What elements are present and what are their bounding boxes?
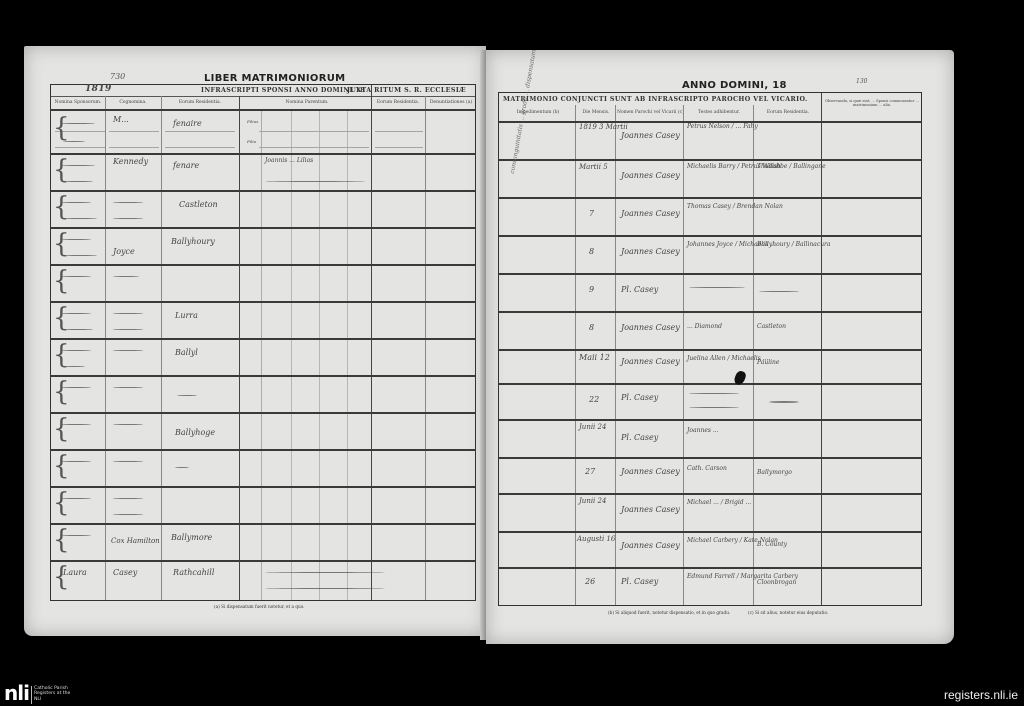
register-row: Augusti 16 Joannes Casey Michael Carbery…	[499, 531, 921, 567]
register-row: { Lurra	[51, 301, 475, 338]
page-number: 130	[856, 78, 867, 85]
register-row: Maii 12 Joannes Casey Juelina Allen / Mi…	[499, 349, 921, 383]
col-header-parents: Nomina Parentum.	[247, 100, 367, 105]
left-register-page: 730 LIBER MATRIMONIORUM 1819 INFRASCRIPT…	[24, 46, 486, 636]
logo-divider	[31, 686, 32, 704]
col-header-residence: Eorum Residentia.	[163, 100, 237, 105]
footnote-c: (c) Si sit alius, notetur eius deputatio…	[748, 610, 828, 615]
year-handwritten: 1819	[85, 84, 112, 94]
right-register-page: ANNO DOMINI, 18 130 MATRIMONIO CONJUNCTI…	[486, 50, 954, 644]
register-row: {	[51, 264, 475, 301]
col-header-banns: Denuntiationes (a)	[427, 100, 475, 105]
register-table-right: MATRIMONIO CONJUNCTI SUNT AB INFRASCRIPT…	[498, 92, 922, 606]
col-header-witnesses: Testes adhibentur.	[685, 110, 753, 115]
register-row: 22 Pl. Casey	[499, 383, 921, 419]
register-row: Junii 24 Pl. Casey Joannes ...	[499, 419, 921, 457]
col-header-names: Nomina Sponsorum.	[53, 100, 103, 105]
register-row: Junii 24 Joannes Casey Michael ... / Bri…	[499, 493, 921, 531]
register-table-left: 1819 INFRASCRIPTI SPONSI ANNO DOMINI 18 …	[50, 84, 476, 601]
page-title: LIBER MATRIMONIORUM	[204, 73, 345, 84]
col-header-parent-residence: Eorum Residentia.	[373, 100, 423, 105]
register-row: 8 Joannes Casey Johannes Joyce / Michael…	[499, 235, 921, 273]
page-number: 730	[110, 72, 125, 81]
register-row: {	[51, 486, 475, 523]
register-row: 1819 3 Martii Joannes Casey Petrus Nelso…	[499, 121, 921, 159]
col-header-priest: Nomen Parochi vel Vicarii (c)	[617, 110, 683, 115]
col-header-date: Die Mensis.	[577, 110, 615, 115]
register-row: 8 Joannes Casey ... Diamond Castleton	[499, 311, 921, 349]
register-row: { Ballyhoge	[51, 412, 475, 449]
register-row: { Laura Casey Rathcahill	[51, 560, 475, 600]
register-row: { M... fenaire Filius Filia	[51, 109, 475, 153]
col-header-witness-residence: Eorum Residentia.	[755, 110, 821, 115]
register-row: { Joyce Ballyhoury	[51, 227, 475, 264]
register-row: { Kennedy fenare Joannis ... Lilias	[51, 153, 475, 190]
col-header-surnames: Cognomina.	[107, 100, 159, 105]
site-url-link[interactable]: registers.nli.ie	[944, 688, 1018, 702]
register-row: {	[51, 449, 475, 486]
header-band-right: JUXTA RITUM S. R. ECCLESIÆ	[347, 87, 466, 94]
col-header-impediment: Impedimentum (b)	[503, 110, 573, 115]
register-row: { Castleton	[51, 190, 475, 227]
header-band: INFRASCRIPTI SPONSI ANNO DOMINI 18	[201, 87, 365, 94]
register-row: 27 Joannes Casey Cath. Carson Ballymorgo	[499, 457, 921, 493]
register-row: 9 Pl. Casey	[499, 273, 921, 311]
register-row: { Cox Hamilton Ballymore	[51, 523, 475, 560]
register-row: 7 Joannes Casey Thomas Casey / Brendan N…	[499, 197, 921, 235]
register-row: Martii 5 Joannes Casey Michaelis Barry /…	[499, 159, 921, 197]
register-row: 26 Pl. Casey Edmund Farrell / Margarita …	[499, 567, 921, 605]
footnote-b: (b) Si aliquod fuerit, notetur dispensat…	[608, 610, 730, 615]
footnote-a: (a) Si dispensatum fuerit notetur, et a …	[214, 604, 305, 609]
register-row: { Ballyl	[51, 338, 475, 375]
logo-caption: Catholic Parish Registers at the NLI	[34, 686, 74, 702]
col-header-observations: Observanda, si quæ sint, ... Sponsi comm…	[825, 99, 919, 107]
page-title: ANNO DOMINI, 18	[682, 80, 787, 91]
register-row: {	[51, 375, 475, 412]
nli-logo: nli	[4, 684, 29, 702]
